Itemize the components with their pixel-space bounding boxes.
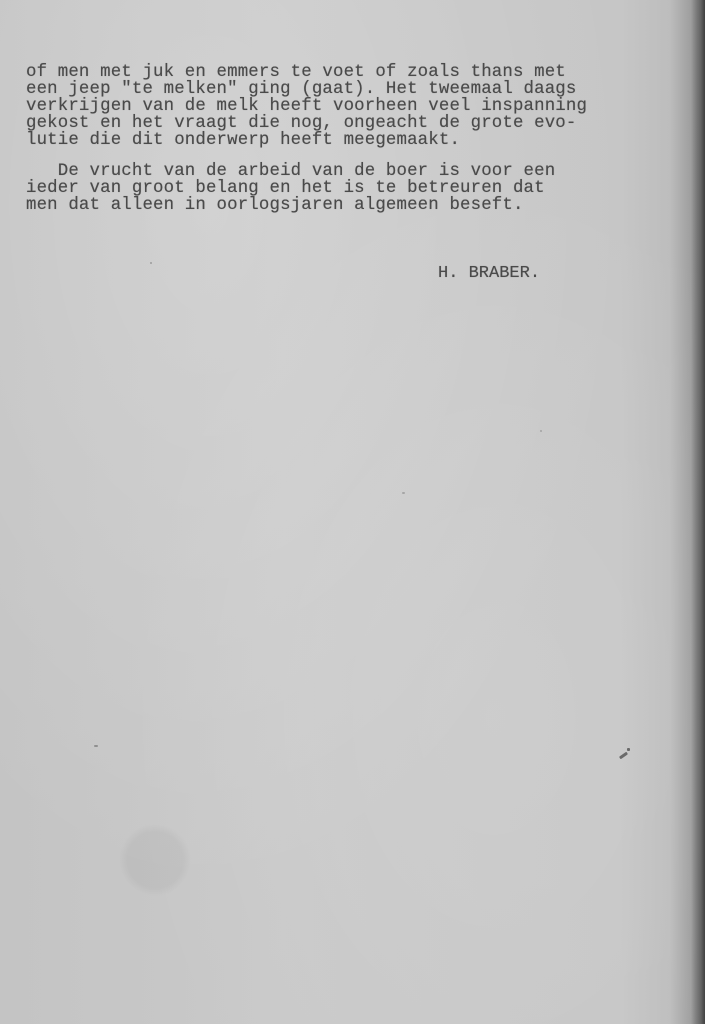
text-line: ieder van groot belang en het is te betr… (26, 180, 686, 197)
paragraph-1: of men met juk en emmers te voet of zoal… (26, 64, 686, 149)
paragraph-gap (26, 149, 686, 163)
body-text: of men met juk en emmers te voet of zoal… (26, 64, 686, 214)
paper-speck (94, 745, 98, 747)
typed-page: of men met juk en emmers te voet of zoal… (0, 0, 705, 1024)
text-line: of men met juk en emmers te voet of zoal… (26, 64, 686, 81)
text-line: verkrijgen van de melk heeft voorheen ve… (26, 98, 686, 115)
paper-speck (540, 430, 542, 432)
paper-speck (150, 262, 152, 264)
signature: H. BRABER. (438, 264, 540, 283)
page-edge-shadow (691, 0, 705, 1024)
text-line: een jeep "te melken" ging (gaat). Het tw… (26, 81, 686, 98)
text-line: gekost en het vraagt die nog, ongeacht d… (26, 115, 686, 132)
text-line: De vrucht van de arbeid van de boer is v… (26, 163, 686, 180)
paper-speck (619, 752, 628, 760)
paragraph-2: De vrucht van de arbeid van de boer is v… (26, 163, 686, 214)
paper-speck (627, 748, 630, 751)
text-line: men dat alleen in oorlogsjaren algemeen … (26, 197, 686, 214)
paper-speck (402, 492, 405, 494)
text-line: lutie die dit onderwerp heeft meegemaakt… (26, 132, 686, 149)
